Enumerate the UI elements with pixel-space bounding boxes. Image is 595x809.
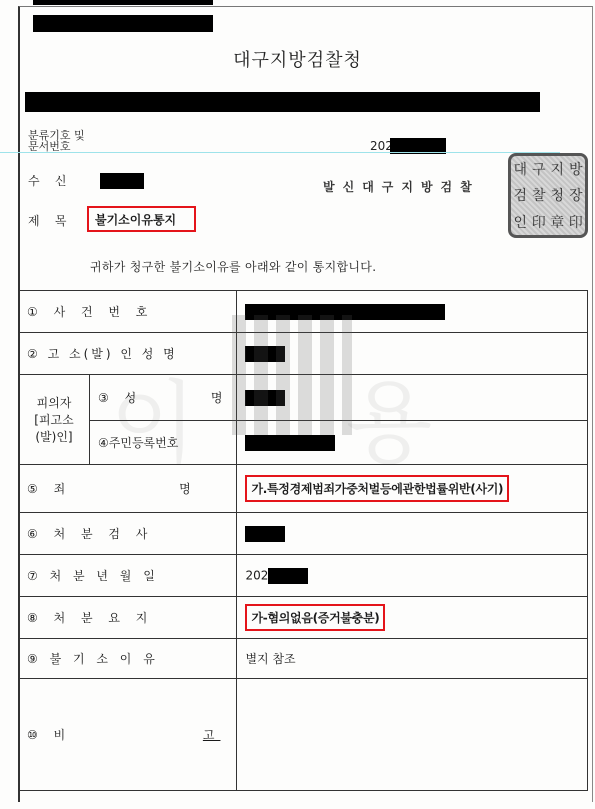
label-prosecutor: ⑥ 처 분 검 사 xyxy=(19,513,237,555)
stamp-glyph: 검 xyxy=(513,185,527,205)
table-row: 피의자 [피고소(발)인] ③ 성 명 xyxy=(19,375,588,421)
stamp-glyph: 인 xyxy=(513,212,527,232)
table-row: ⑦ 처 분 년 월 일 202 xyxy=(19,555,588,597)
remarks-label-right: 고 xyxy=(203,726,221,743)
label-complainant-text: ② 고 소(발) 인 성 명 xyxy=(27,347,178,361)
charge-highlight: 가.특정경제범죄가중처벌등에관한법률위반(사기) xyxy=(245,475,509,502)
table-row: ⑥ 처 분 검 사 xyxy=(19,513,588,555)
redaction-header xyxy=(33,15,213,32)
table-row: ⑧ 처 분 요 지 가-혐의없음(증거불충분) xyxy=(19,597,588,639)
label-disposition-summary: ⑧ 처 분 요 지 xyxy=(19,597,237,639)
suspect-group-line1: 피의자 xyxy=(37,396,72,410)
table-row: ⑤ 죄 명 가.특정경제범죄가중처벌등에관한법률위반(사기) xyxy=(19,465,588,513)
subject-label: 제 목 xyxy=(28,212,66,229)
redaction-recipient xyxy=(100,173,144,189)
value-nonindictment-reason: 별지 참조 xyxy=(237,639,588,679)
value-charge: 가.특정경제범죄가중처벌등에관한법률위반(사기) xyxy=(237,465,588,513)
value-complainant xyxy=(237,333,588,375)
value-resident-number xyxy=(237,421,588,465)
stamp-glyph: 章 xyxy=(550,212,564,232)
label-resident-number: ④주민등록번호 xyxy=(90,421,237,465)
stamp-glyph: 찰 xyxy=(532,185,546,205)
subject-value-highlight: 불기소이유통지 xyxy=(87,206,196,232)
table-row: ② 고 소(발) 인 성 명 xyxy=(19,333,588,375)
redaction-case-number xyxy=(245,304,445,320)
redaction-resident-number xyxy=(245,435,335,451)
notice-form-table: ① 사 건 번 호 ② 고 소(발) 인 성 명 피의자 [피고소(발)인] ③… xyxy=(18,290,588,791)
label-suspect-name: ③ 성 명 xyxy=(90,375,237,421)
redaction-complainant xyxy=(245,346,285,362)
label-suspect-group: 피의자 [피고소(발)인] xyxy=(19,375,90,465)
value-prosecutor xyxy=(237,513,588,555)
value-case-number xyxy=(237,291,588,333)
subject-value: 불기소이유통지 xyxy=(95,211,176,228)
table-row: ④주민등록번호 xyxy=(19,421,588,465)
value-disposition-summary: 가-혐의없음(증거불충분) xyxy=(237,597,588,639)
stamp-glyph: 印 xyxy=(569,212,583,232)
redaction-suspect-name xyxy=(245,390,285,406)
label-complainant: ② 고 소(발) 인 성 명 xyxy=(19,333,237,375)
stamp-glyph: 장 xyxy=(569,185,583,205)
label-nonindictment-reason: ⑨ 불 기 소 이 유 xyxy=(19,639,237,679)
notice-text: 귀하가 청구한 불기소이유를 아래와 같이 통지합니다. xyxy=(90,258,376,275)
label-disposition-date: ⑦ 처 분 년 월 일 xyxy=(19,555,237,597)
label-charge: ⑤ 죄 명 xyxy=(19,465,237,513)
sender-label: 발신 xyxy=(323,180,362,194)
redaction-disposition-date xyxy=(268,568,308,584)
table-row: ⑩ 비 고 xyxy=(19,679,588,791)
redaction-top-edge xyxy=(33,0,213,5)
classification-label: 분류기호 및 문서번호 xyxy=(28,130,85,152)
stamp-glyph: 대 xyxy=(513,159,527,179)
stamp-glyph: 구 xyxy=(532,159,546,179)
disposition-summary-highlight: 가-혐의없음(증거불충분) xyxy=(245,604,385,631)
sender-value: 대구지방검찰 xyxy=(362,180,480,194)
disposition-date-prefix: 202 xyxy=(245,568,268,582)
value-remarks xyxy=(237,679,588,791)
recipient-label: 수 신 xyxy=(28,172,66,189)
value-suspect-name xyxy=(237,375,588,421)
label-case-number: ① 사 건 번 호 xyxy=(19,291,237,333)
table-row: ⑨ 불 기 소 이 유 별지 참조 xyxy=(19,639,588,679)
stamp-glyph: 印 xyxy=(532,212,546,232)
table-row: ① 사 건 번 호 xyxy=(19,291,588,333)
redaction-prosecutor xyxy=(245,526,285,542)
official-seal-stamp: 대구지방검찰청장인印章印 xyxy=(508,153,588,238)
suspect-group-line2: [피고소(발)인] xyxy=(34,413,73,444)
stamp-glyph: 방 xyxy=(569,159,583,179)
scan-guide-line xyxy=(0,152,560,153)
value-disposition-date: 202 xyxy=(237,555,588,597)
redaction-address xyxy=(25,92,540,112)
agency-title: 대구지방검찰청 xyxy=(0,46,595,72)
stamp-glyph: 청 xyxy=(550,185,564,205)
remarks-label-left: ⑩ 비 xyxy=(27,728,71,742)
stamp-glyph: 지 xyxy=(550,159,564,179)
label-remarks: ⑩ 비 고 xyxy=(19,679,237,791)
sender: 발신대구지방검찰 xyxy=(323,178,480,195)
